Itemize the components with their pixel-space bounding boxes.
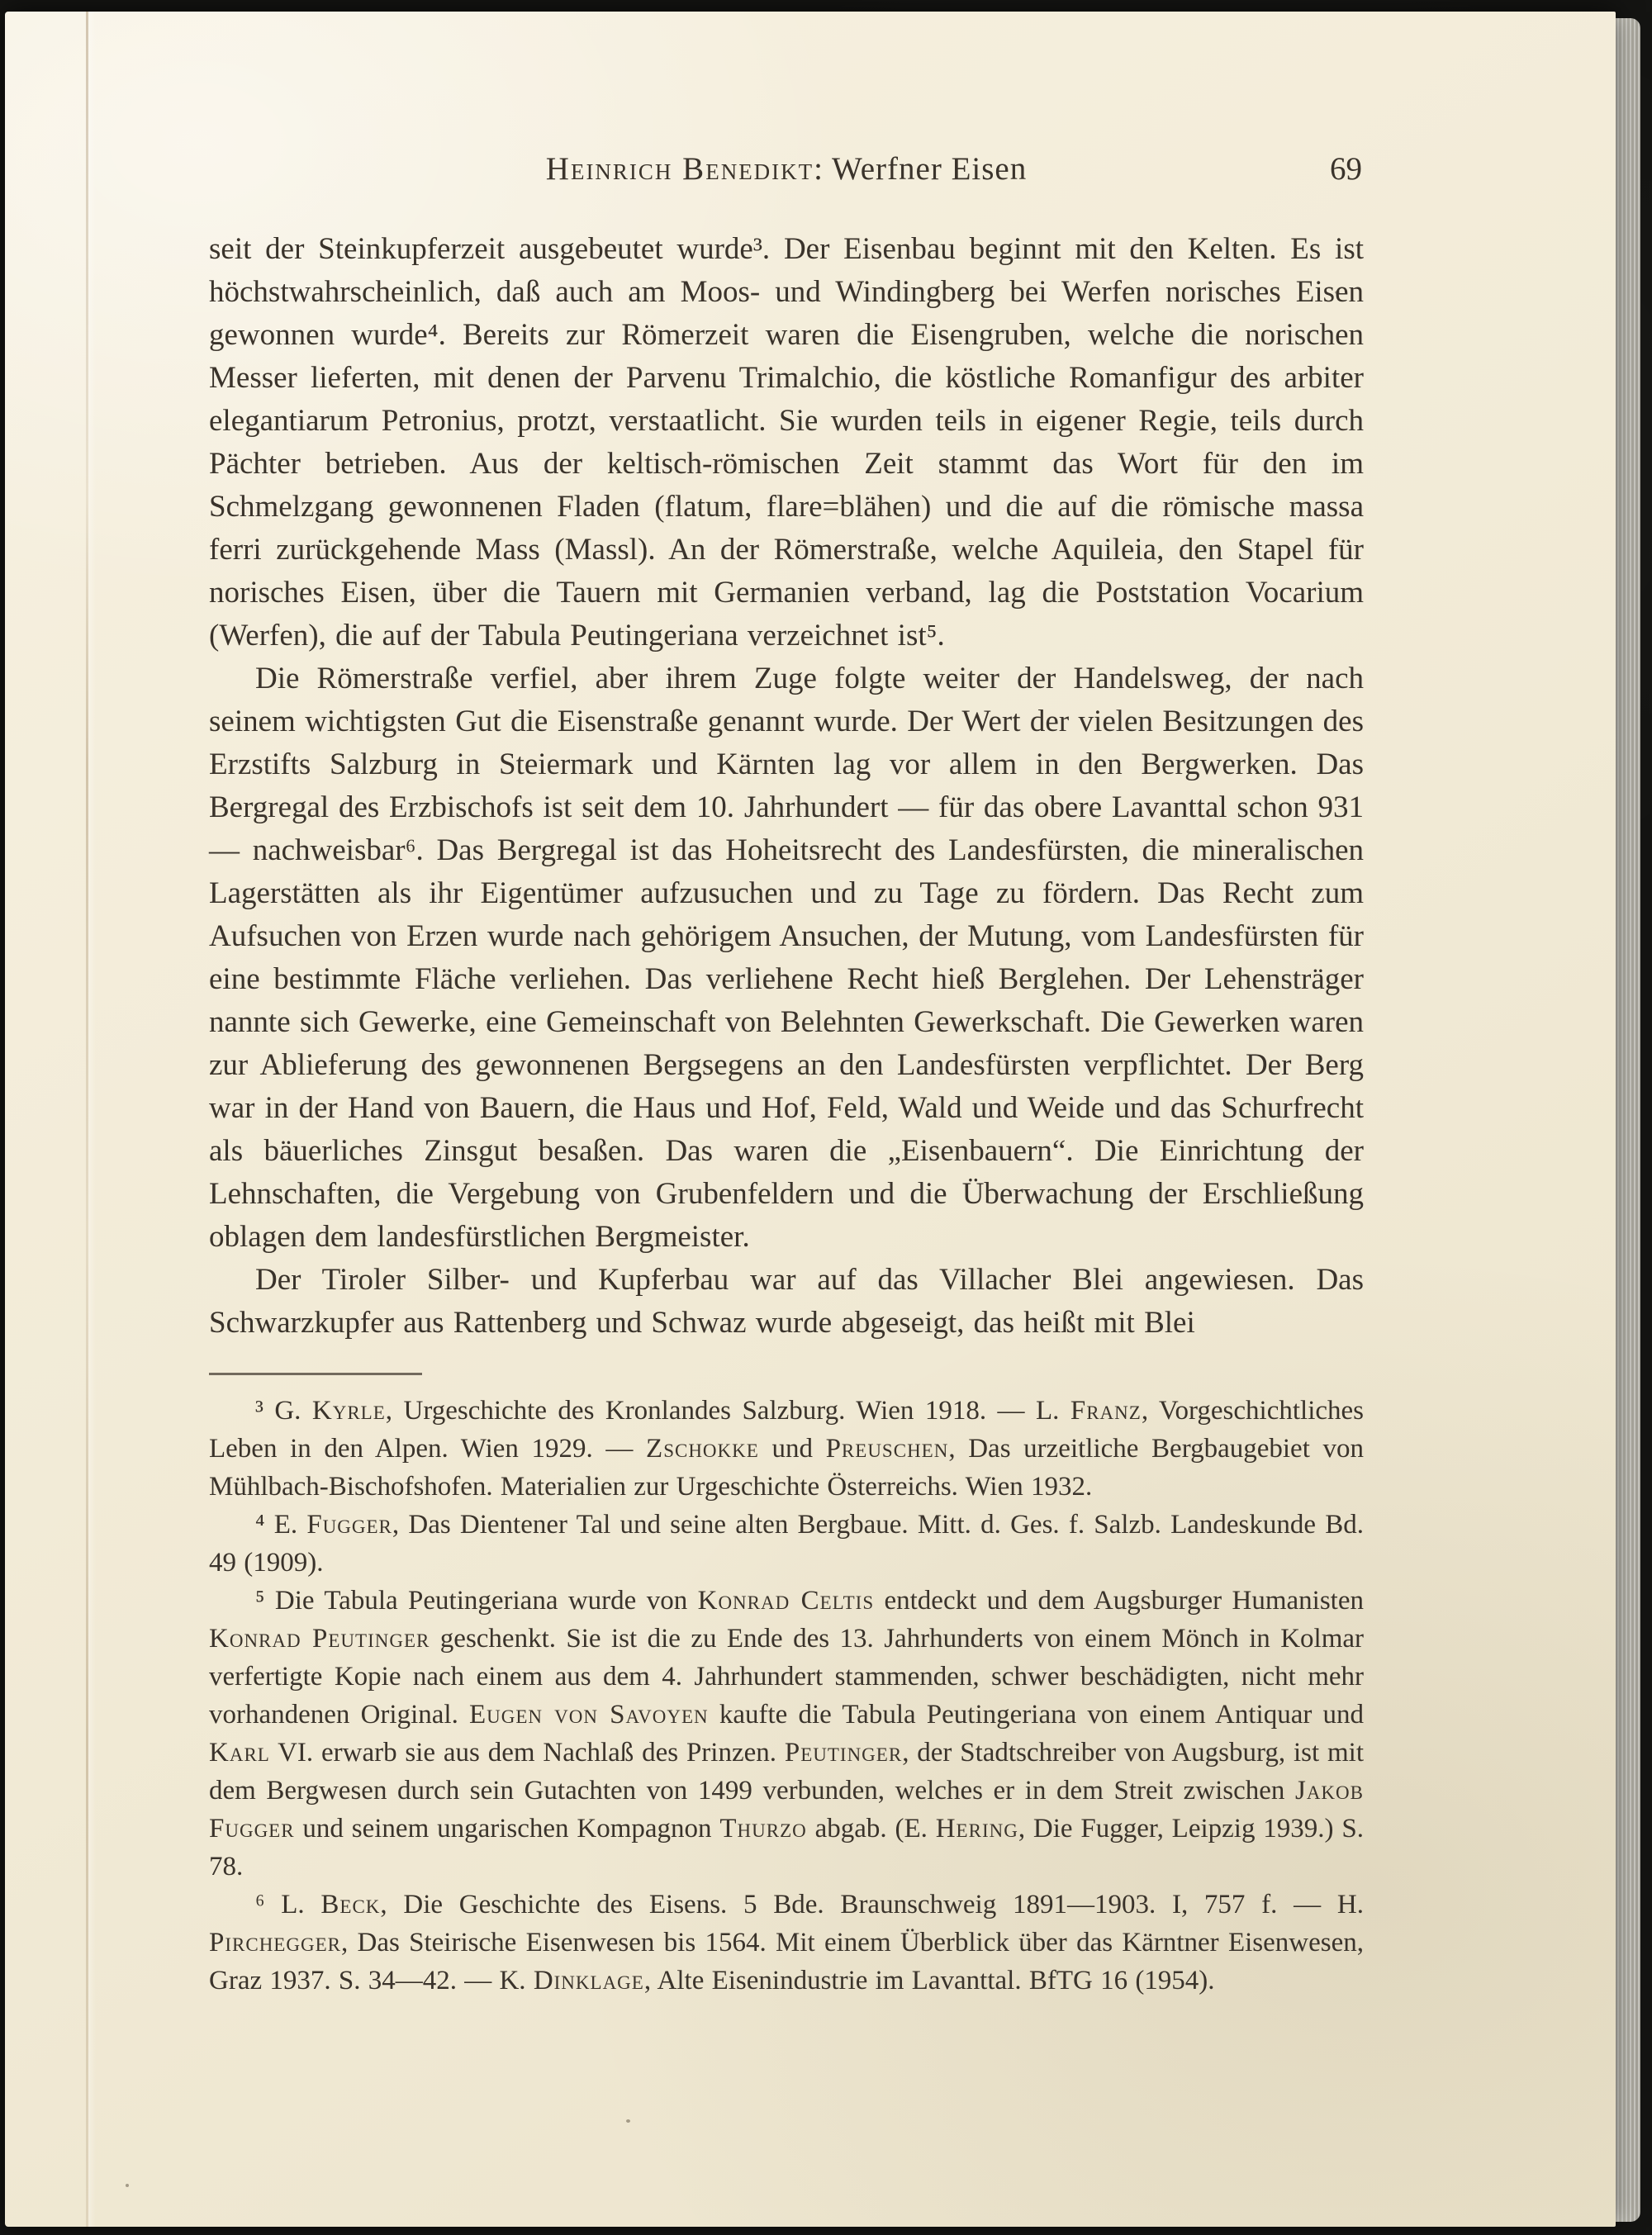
footnotes: ³ G. Kyrle, Urgeschichte des Kronlandes … xyxy=(209,1392,1364,2000)
page-number: 69 xyxy=(1330,149,1362,190)
text-column: Heinrich Benedikt: Werfner Eisen 69 seit… xyxy=(209,149,1364,2000)
scanned-book-photo: { "document": { "header": { "author": "H… xyxy=(0,0,1652,2235)
book-page: Heinrich Benedikt: Werfner Eisen 69 seit… xyxy=(5,12,1616,2227)
body-paragraph: Der Tiroler Silber- und Kupferbau war au… xyxy=(209,1259,1364,1345)
paper-speck xyxy=(126,2184,129,2187)
footnote-item: ⁴ E. Fugger, Das Dientener Tal und seine… xyxy=(209,1506,1364,1582)
body-paragraph: seit der Steinkupferzeit ausgebeutet wur… xyxy=(209,228,1364,657)
running-title-rest: : Werfner Eisen xyxy=(814,151,1027,187)
running-title-author: Heinrich Benedikt xyxy=(546,151,814,187)
paper-speck xyxy=(626,2119,630,2123)
fold-crease xyxy=(86,12,88,2227)
footnote-item: ⁵ Die Tabula Peutingeriana wurde von Kon… xyxy=(209,1582,1364,1886)
body-paragraph: Die Römerstraße verfiel, aber ihrem Zuge… xyxy=(209,657,1364,1259)
footnote-item: ³ G. Kyrle, Urgeschichte des Kronlandes … xyxy=(209,1392,1364,1506)
footnote-item: ⁶ L. Beck, Die Geschichte des Eisens. 5 … xyxy=(209,1886,1364,2000)
body-text: seit der Steinkupferzeit ausgebeutet wur… xyxy=(209,228,1364,1345)
footnote-divider xyxy=(209,1373,422,1375)
page-header: Heinrich Benedikt: Werfner Eisen 69 xyxy=(209,149,1364,190)
